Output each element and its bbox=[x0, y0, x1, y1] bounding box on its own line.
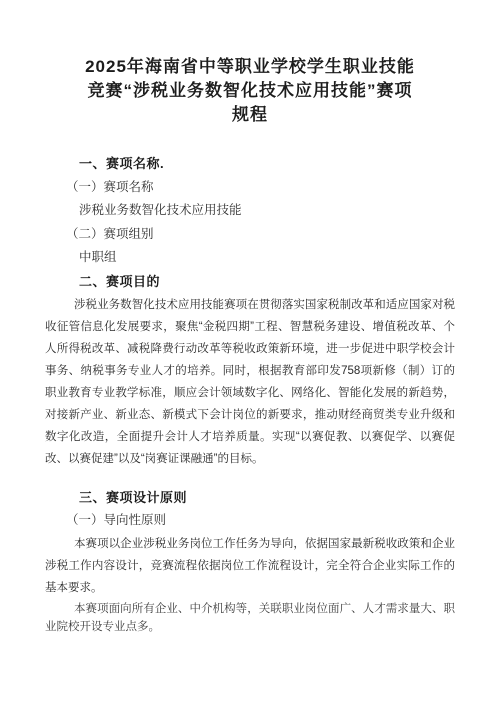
section-1-subheading-1: （一）赛项名称 bbox=[45, 176, 455, 200]
section-1-subheading-2: （二）赛项组别 bbox=[45, 223, 455, 247]
section-2-heading: 二、赛项目的 bbox=[45, 270, 455, 294]
section-1-heading: 一、赛项名称. bbox=[45, 152, 455, 176]
section-2-paragraph: 涉税业务数智化技术应用技能赛项在贯彻落实国家税制改革和适应国家对税收征管信息化发… bbox=[45, 294, 455, 470]
section-3-paragraph-2: 本赛项面向所有企业、中介机构等，关联职业岗位面广、人才需求量大、职业院校开设专业… bbox=[45, 600, 455, 636]
title-line-3: 规程 bbox=[45, 103, 455, 127]
document-page: 2025年海南省中等职业学校学生职业技能 竞赛“涉税业务数智化技术应用技能”赛项… bbox=[0, 0, 500, 707]
section-3-heading: 三、赛项设计原则 bbox=[45, 486, 455, 510]
section-1-subheading-2-value: 中职组 bbox=[45, 246, 455, 270]
title-line-2: 竞赛“涉税业务数智化技术应用技能”赛项 bbox=[45, 79, 455, 103]
section-3-subheading-1: （一）导向性原则 bbox=[45, 509, 455, 533]
section-3-paragraph-1: 本赛项以企业涉税业务岗位工作任务为导向，依据国家最新税收政策和企业涉税工作内容设… bbox=[45, 533, 455, 599]
section-1-subheading-1-value: 涉税业务数智化技术应用技能 bbox=[45, 199, 455, 223]
document-title: 2025年海南省中等职业学校学生职业技能 竞赛“涉税业务数智化技术应用技能”赛项… bbox=[45, 55, 455, 127]
title-line-1: 2025年海南省中等职业学校学生职业技能 bbox=[45, 55, 455, 79]
